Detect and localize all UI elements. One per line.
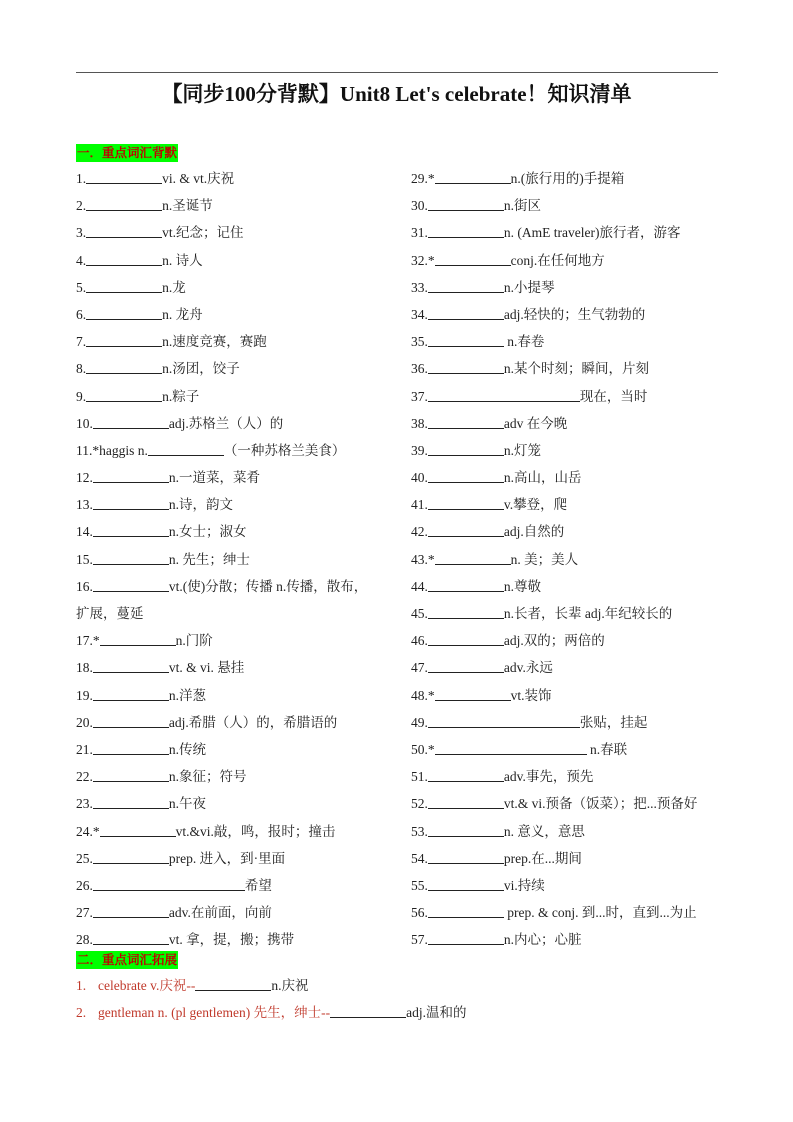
answer-blank[interactable] xyxy=(93,932,169,945)
vocab-item: 38.adv 在今晚 xyxy=(411,413,731,440)
answer-blank[interactable] xyxy=(428,905,504,918)
answer-blank[interactable] xyxy=(435,253,511,266)
vocab-item: 26.希望 xyxy=(76,875,396,902)
answer-blank[interactable] xyxy=(93,497,169,510)
answer-blank[interactable] xyxy=(428,307,504,320)
answer-blank[interactable] xyxy=(86,334,162,347)
vocab-item: 42.adj.自然的 xyxy=(411,521,731,548)
item-number: 7. xyxy=(76,334,86,349)
answer-blank[interactable] xyxy=(428,416,504,429)
vocab-item: 56. prep. & conj. 到...时，直到...为止 xyxy=(411,902,731,929)
answer-blank[interactable] xyxy=(428,932,504,945)
answer-blank[interactable] xyxy=(435,688,511,701)
item-meaning: n. 先生；绅士 xyxy=(169,552,250,567)
vocab-item: 16.vt.(使)分散；传播 n.传播，散布， xyxy=(76,576,396,603)
vocab-item: 31.n. (AmE traveler)旅行者，游客 xyxy=(411,222,731,249)
item-number: 21. xyxy=(76,742,93,757)
item-number: 55. xyxy=(411,878,428,893)
item-meaning: adv.永远 xyxy=(504,660,553,675)
item-number: 54. xyxy=(411,851,428,866)
answer-blank[interactable] xyxy=(428,851,504,864)
vocab-item: 21.n.传统 xyxy=(76,739,396,766)
item-meaning: n.长者，长辈 adj.年纪较长的 xyxy=(504,606,672,621)
vocab-item: 11.*haggis n.（一种苏格兰美食） xyxy=(76,440,396,467)
item-number: 38. xyxy=(411,416,428,431)
item-meaning: vi. & vt.庆祝 xyxy=(162,171,234,186)
item-meaning: n.速度竞赛，赛跑 xyxy=(162,334,267,349)
vocab-item: 扩展，蔓延 xyxy=(76,603,396,630)
answer-blank[interactable] xyxy=(428,878,504,891)
answer-blank[interactable] xyxy=(93,579,169,592)
item-meaning: n.门阶 xyxy=(176,633,213,648)
item-meaning: 张贴，挂起 xyxy=(580,715,648,730)
vocab-item: 40.n.高山，山岳 xyxy=(411,467,731,494)
vocab-item: 6.n. 龙舟 xyxy=(76,304,396,331)
item-meaning: adv 在今晚 xyxy=(504,416,567,431)
vocab-item: 29.*n.(旅行用的)手提箱 xyxy=(411,168,731,195)
item-meaning: （一种苏格兰美食） xyxy=(224,443,346,458)
item-number: 34. xyxy=(411,307,428,322)
vocab-item: 14.n.女士；淑女 xyxy=(76,521,396,548)
answer-blank[interactable] xyxy=(428,198,504,211)
item-number: 27. xyxy=(76,905,93,920)
item-meaning: adv.在前面，向前 xyxy=(169,905,272,920)
vocab-item: 8.n.汤团，饺子 xyxy=(76,358,396,385)
vocab-item: 22.n.象征；符号 xyxy=(76,766,396,793)
item-number: 39. xyxy=(411,443,428,458)
answer-blank[interactable] xyxy=(428,225,504,238)
vocab-item: 19.n.洋葱 xyxy=(76,685,396,712)
item-number: 32.* xyxy=(411,253,435,268)
item-number: 48.* xyxy=(411,688,435,703)
answer-blank[interactable] xyxy=(148,443,224,456)
item-meaning: n. 美；美人 xyxy=(511,552,579,567)
vocab-item: 24.*vt.&vi.敲，鸣，报时；撞击 xyxy=(76,821,396,848)
vocab-item: 17.*n.门阶 xyxy=(76,630,396,657)
vocab-item: 45.n.长者，长辈 adj.年纪较长的 xyxy=(411,603,731,630)
item-meaning: 希望 xyxy=(245,878,272,893)
section-heading-extension: 二．重点词汇拓展 xyxy=(76,951,178,969)
item-meaning: vt.&vi.敲，鸣，报时；撞击 xyxy=(176,824,336,839)
answer-blank[interactable] xyxy=(428,606,504,619)
answer-blank[interactable] xyxy=(93,416,169,429)
answer-blank[interactable] xyxy=(428,497,504,510)
item-meaning: n.春卷 xyxy=(504,334,545,349)
answer-blank[interactable] xyxy=(100,824,176,837)
item-meaning: n.内心；心脏 xyxy=(504,932,582,947)
answer-blank[interactable] xyxy=(93,742,169,755)
item-meaning: vt. & vi. 悬挂 xyxy=(169,660,244,675)
item-meaning: n.圣诞节 xyxy=(162,198,213,213)
vocab-item: 30.n.街区 xyxy=(411,195,731,222)
page-title: 【同步100分背默】Unit8 Let's celebrate！知识清单 xyxy=(0,78,793,108)
item-meaning: vi.持续 xyxy=(504,878,545,893)
answer-blank[interactable] xyxy=(93,552,169,565)
vocab-item: 47.adv.永远 xyxy=(411,657,731,684)
vocab-item: 10.adj.苏格兰（人）的 xyxy=(76,413,396,440)
vocab-item: 50.* n.春联 xyxy=(411,739,731,766)
answer-blank[interactable] xyxy=(428,660,504,673)
item-number: 6. xyxy=(76,307,86,322)
item-number: 4. xyxy=(76,253,86,268)
item-number: 2. xyxy=(76,198,86,213)
item-number: 17.* xyxy=(76,633,100,648)
item-meaning: n.汤团，饺子 xyxy=(162,361,240,376)
extension-target: adj.温和的 xyxy=(406,1005,466,1020)
item-meaning: prep. 进入，到·里面 xyxy=(169,851,285,866)
vocab-item: 13.n.诗，韵文 xyxy=(76,494,396,521)
extension-index: 1. xyxy=(76,975,98,997)
item-number: 37. xyxy=(411,389,428,404)
item-meaning: vt.纪念；记住 xyxy=(162,225,243,240)
item-meaning: n. 龙舟 xyxy=(162,307,203,322)
answer-blank[interactable] xyxy=(93,715,169,728)
answer-blank[interactable] xyxy=(93,905,169,918)
extension-item: 2.gentleman n. (pl gentlemen) 先生，绅士--adj… xyxy=(76,1002,716,1029)
answer-blank[interactable] xyxy=(428,443,504,456)
item-meaning: n.午夜 xyxy=(169,796,206,811)
vocab-item: 37.现在，当时 xyxy=(411,386,731,413)
vocab-item: 43.*n. 美；美人 xyxy=(411,549,731,576)
item-number: 14. xyxy=(76,524,93,539)
answer-blank[interactable] xyxy=(93,851,169,864)
extension-index: 2. xyxy=(76,1002,98,1024)
answer-blank[interactable] xyxy=(428,824,504,837)
extension-prompt: gentleman n. (pl gentlemen) 先生，绅士-- xyxy=(98,1005,330,1020)
vocab-item: 49.张贴，挂起 xyxy=(411,712,731,739)
answer-blank[interactable] xyxy=(93,470,169,483)
item-number: 28. xyxy=(76,932,93,947)
answer-blank[interactable] xyxy=(428,579,504,592)
vocab-column-left: 1.vi. & vt.庆祝2.n.圣诞节3.vt.纪念；记住4.n. 诗人5.n… xyxy=(76,168,396,956)
vocab-item: 41.v.攀登，爬 xyxy=(411,494,731,521)
item-meaning: prep.在...期间 xyxy=(504,851,582,866)
item-number: 23. xyxy=(76,796,93,811)
item-number: 5. xyxy=(76,280,86,295)
answer-blank[interactable] xyxy=(86,225,162,238)
vocab-item: 44.n.尊敬 xyxy=(411,576,731,603)
item-number: 20. xyxy=(76,715,93,730)
item-number: 22. xyxy=(76,769,93,784)
answer-blank[interactable] xyxy=(93,878,245,891)
item-number: 3. xyxy=(76,225,86,240)
answer-blank[interactable] xyxy=(93,524,169,537)
item-meaning: n.某个时刻；瞬间，片刻 xyxy=(504,361,649,376)
vocab-item: 34.adj.轻快的；生气勃勃的 xyxy=(411,304,731,331)
item-meaning: n.诗，韵文 xyxy=(169,497,233,512)
vocab-item: 32.*conj.在任何地方 xyxy=(411,250,731,277)
vocab-item: 25.prep. 进入，到·里面 xyxy=(76,848,396,875)
answer-blank[interactable] xyxy=(435,552,511,565)
item-number: 47. xyxy=(411,660,428,675)
item-number: 30. xyxy=(411,198,428,213)
item-number: 12. xyxy=(76,470,93,485)
item-number: 50.* xyxy=(411,742,435,757)
item-number: 24.* xyxy=(76,824,100,839)
vocab-item: 48.*vt.装饰 xyxy=(411,685,731,712)
vocab-item: 7.n.速度竞赛，赛跑 xyxy=(76,331,396,358)
item-meaning: 扩展，蔓延 xyxy=(76,606,144,621)
item-meaning: n.灯笼 xyxy=(504,443,541,458)
vocab-item: 53.n. 意义，意思 xyxy=(411,821,731,848)
vocab-item: 54.prep.在...期间 xyxy=(411,848,731,875)
item-number: 43.* xyxy=(411,552,435,567)
item-meaning: prep. & conj. 到...时，直到...为止 xyxy=(504,905,697,920)
item-number: 29.* xyxy=(411,171,435,186)
answer-blank[interactable] xyxy=(330,1005,406,1018)
section-heading-vocab: 一．重点词汇背默 xyxy=(76,144,178,162)
vocab-item: 3.vt.纪念；记住 xyxy=(76,222,396,249)
extension-list: 1.celebrate v.庆祝--n.庆祝2.gentleman n. (pl… xyxy=(76,975,716,1029)
item-meaning: adv.事先，预先 xyxy=(504,769,594,784)
extension-prompt: celebrate v.庆祝-- xyxy=(98,978,195,993)
vocab-item: 36.n.某个时刻；瞬间，片刻 xyxy=(411,358,731,385)
vocab-item: 23.n.午夜 xyxy=(76,793,396,820)
answer-blank[interactable] xyxy=(93,660,169,673)
answer-blank[interactable] xyxy=(428,524,504,537)
item-number: 41. xyxy=(411,497,428,512)
item-number: 9. xyxy=(76,389,86,404)
answer-blank[interactable] xyxy=(86,253,162,266)
vocab-item: 18.vt. & vi. 悬挂 xyxy=(76,657,396,684)
answer-blank[interactable] xyxy=(435,171,511,184)
answer-blank[interactable] xyxy=(428,769,504,782)
answer-blank[interactable] xyxy=(195,978,271,991)
answer-blank[interactable] xyxy=(86,307,162,320)
item-meaning: n.龙 xyxy=(162,280,186,295)
answer-blank[interactable] xyxy=(428,715,580,728)
vocab-item: 52.vt.& vi.预备（饭菜）；把...预备好 xyxy=(411,793,731,820)
answer-blank[interactable] xyxy=(86,361,162,374)
vocab-item: 15.n. 先生；绅士 xyxy=(76,549,396,576)
vocab-item: 2.n.圣诞节 xyxy=(76,195,396,222)
vocab-item: 46.adj.双的；两倍的 xyxy=(411,630,731,657)
answer-blank[interactable] xyxy=(428,361,504,374)
vocab-item: 5.n.龙 xyxy=(76,277,396,304)
item-meaning: v.攀登，爬 xyxy=(504,497,567,512)
vocab-item: 27.adv.在前面，向前 xyxy=(76,902,396,929)
item-number: 40. xyxy=(411,470,428,485)
item-meaning: adj.轻快的；生气勃勃的 xyxy=(504,307,645,322)
item-number: 53. xyxy=(411,824,428,839)
answer-blank[interactable] xyxy=(93,769,169,782)
item-meaning: vt. 拿，提，搬；携带 xyxy=(169,932,294,947)
item-number: 52. xyxy=(411,796,428,811)
item-meaning: adj.苏格兰（人）的 xyxy=(169,416,283,431)
vocab-item: 20.adj.希腊（人）的，希腊语的 xyxy=(76,712,396,739)
item-meaning: n. 诗人 xyxy=(162,253,203,268)
item-meaning: n.粽子 xyxy=(162,389,199,404)
vocab-item: 51.adv.事先，预先 xyxy=(411,766,731,793)
answer-blank[interactable] xyxy=(428,470,504,483)
item-number: 19. xyxy=(76,688,93,703)
item-number: 13. xyxy=(76,497,93,512)
item-meaning: n.尊敬 xyxy=(504,579,541,594)
vocab-column-right: 29.*n.(旅行用的)手提箱30.n.街区31.n. (AmE travele… xyxy=(411,168,731,956)
item-number: 11.*haggis n. xyxy=(76,443,148,458)
item-meaning: vt.装饰 xyxy=(511,688,552,703)
item-number: 49. xyxy=(411,715,428,730)
answer-blank[interactable] xyxy=(93,796,169,809)
answer-blank[interactable] xyxy=(93,688,169,701)
extension-item: 1.celebrate v.庆祝--n.庆祝 xyxy=(76,975,716,1002)
vocab-item: 55.vi.持续 xyxy=(411,875,731,902)
item-meaning: adj.自然的 xyxy=(504,524,564,539)
item-number: 51. xyxy=(411,769,428,784)
answer-blank[interactable] xyxy=(428,633,504,646)
item-meaning: n.洋葱 xyxy=(169,688,206,703)
answer-blank[interactable] xyxy=(86,389,162,402)
item-number: 25. xyxy=(76,851,93,866)
item-meaning: n.春联 xyxy=(587,742,628,757)
item-number: 42. xyxy=(411,524,428,539)
item-number: 18. xyxy=(76,660,93,675)
header-rule xyxy=(76,72,718,73)
answer-blank[interactable] xyxy=(435,742,587,755)
answer-blank[interactable] xyxy=(428,796,504,809)
answer-blank[interactable] xyxy=(86,198,162,211)
vocab-item: 57.n.内心；心脏 xyxy=(411,929,731,956)
item-meaning: vt.(使)分散；传播 n.传播，散布， xyxy=(169,579,367,594)
item-number: 31. xyxy=(411,225,428,240)
vocab-item: 39.n.灯笼 xyxy=(411,440,731,467)
item-number: 10. xyxy=(76,416,93,431)
vocab-item: 9.n.粽子 xyxy=(76,386,396,413)
item-number: 8. xyxy=(76,361,86,376)
answer-blank[interactable] xyxy=(428,280,504,293)
item-meaning: n.象征；符号 xyxy=(169,769,247,784)
vocab-item: 4.n. 诗人 xyxy=(76,250,396,277)
item-number: 45. xyxy=(411,606,428,621)
item-number: 35. xyxy=(411,334,428,349)
item-meaning: n.街区 xyxy=(504,198,541,213)
item-meaning: n.女士；淑女 xyxy=(169,524,247,539)
item-number: 46. xyxy=(411,633,428,648)
item-number: 36. xyxy=(411,361,428,376)
item-meaning: n. (AmE traveler)旅行者，游客 xyxy=(504,225,681,240)
extension-target: n.庆祝 xyxy=(271,978,308,993)
vocab-item: 1.vi. & vt.庆祝 xyxy=(76,168,396,195)
answer-blank[interactable] xyxy=(428,334,504,347)
item-meaning: n. 意义，意思 xyxy=(504,824,585,839)
item-number: 44. xyxy=(411,579,428,594)
item-number: 16. xyxy=(76,579,93,594)
item-number: 33. xyxy=(411,280,428,295)
answer-blank[interactable] xyxy=(428,389,580,402)
item-meaning: n.传统 xyxy=(169,742,206,757)
item-meaning: n.高山，山岳 xyxy=(504,470,582,485)
item-number: 57. xyxy=(411,932,428,947)
answer-blank[interactable] xyxy=(86,280,162,293)
item-meaning: conj.在任何地方 xyxy=(511,253,605,268)
vocab-item: 35. n.春卷 xyxy=(411,331,731,358)
answer-blank[interactable] xyxy=(100,633,176,646)
item-meaning: n.一道菜，菜肴 xyxy=(169,470,260,485)
item-number: 15. xyxy=(76,552,93,567)
item-number: 1. xyxy=(76,171,86,186)
item-meaning: n.小提琴 xyxy=(504,280,555,295)
item-meaning: adj.希腊（人）的，希腊语的 xyxy=(169,715,337,730)
vocab-item: 33.n.小提琴 xyxy=(411,277,731,304)
item-number: 26. xyxy=(76,878,93,893)
item-meaning: n.(旅行用的)手提箱 xyxy=(511,171,625,186)
item-meaning: 现在，当时 xyxy=(580,389,648,404)
vocab-item: 12.n.一道菜，菜肴 xyxy=(76,467,396,494)
answer-blank[interactable] xyxy=(86,171,162,184)
item-number: 56. xyxy=(411,905,428,920)
item-meaning: vt.& vi.预备（饭菜）；把...预备好 xyxy=(504,796,698,811)
item-meaning: adj.双的；两倍的 xyxy=(504,633,605,648)
